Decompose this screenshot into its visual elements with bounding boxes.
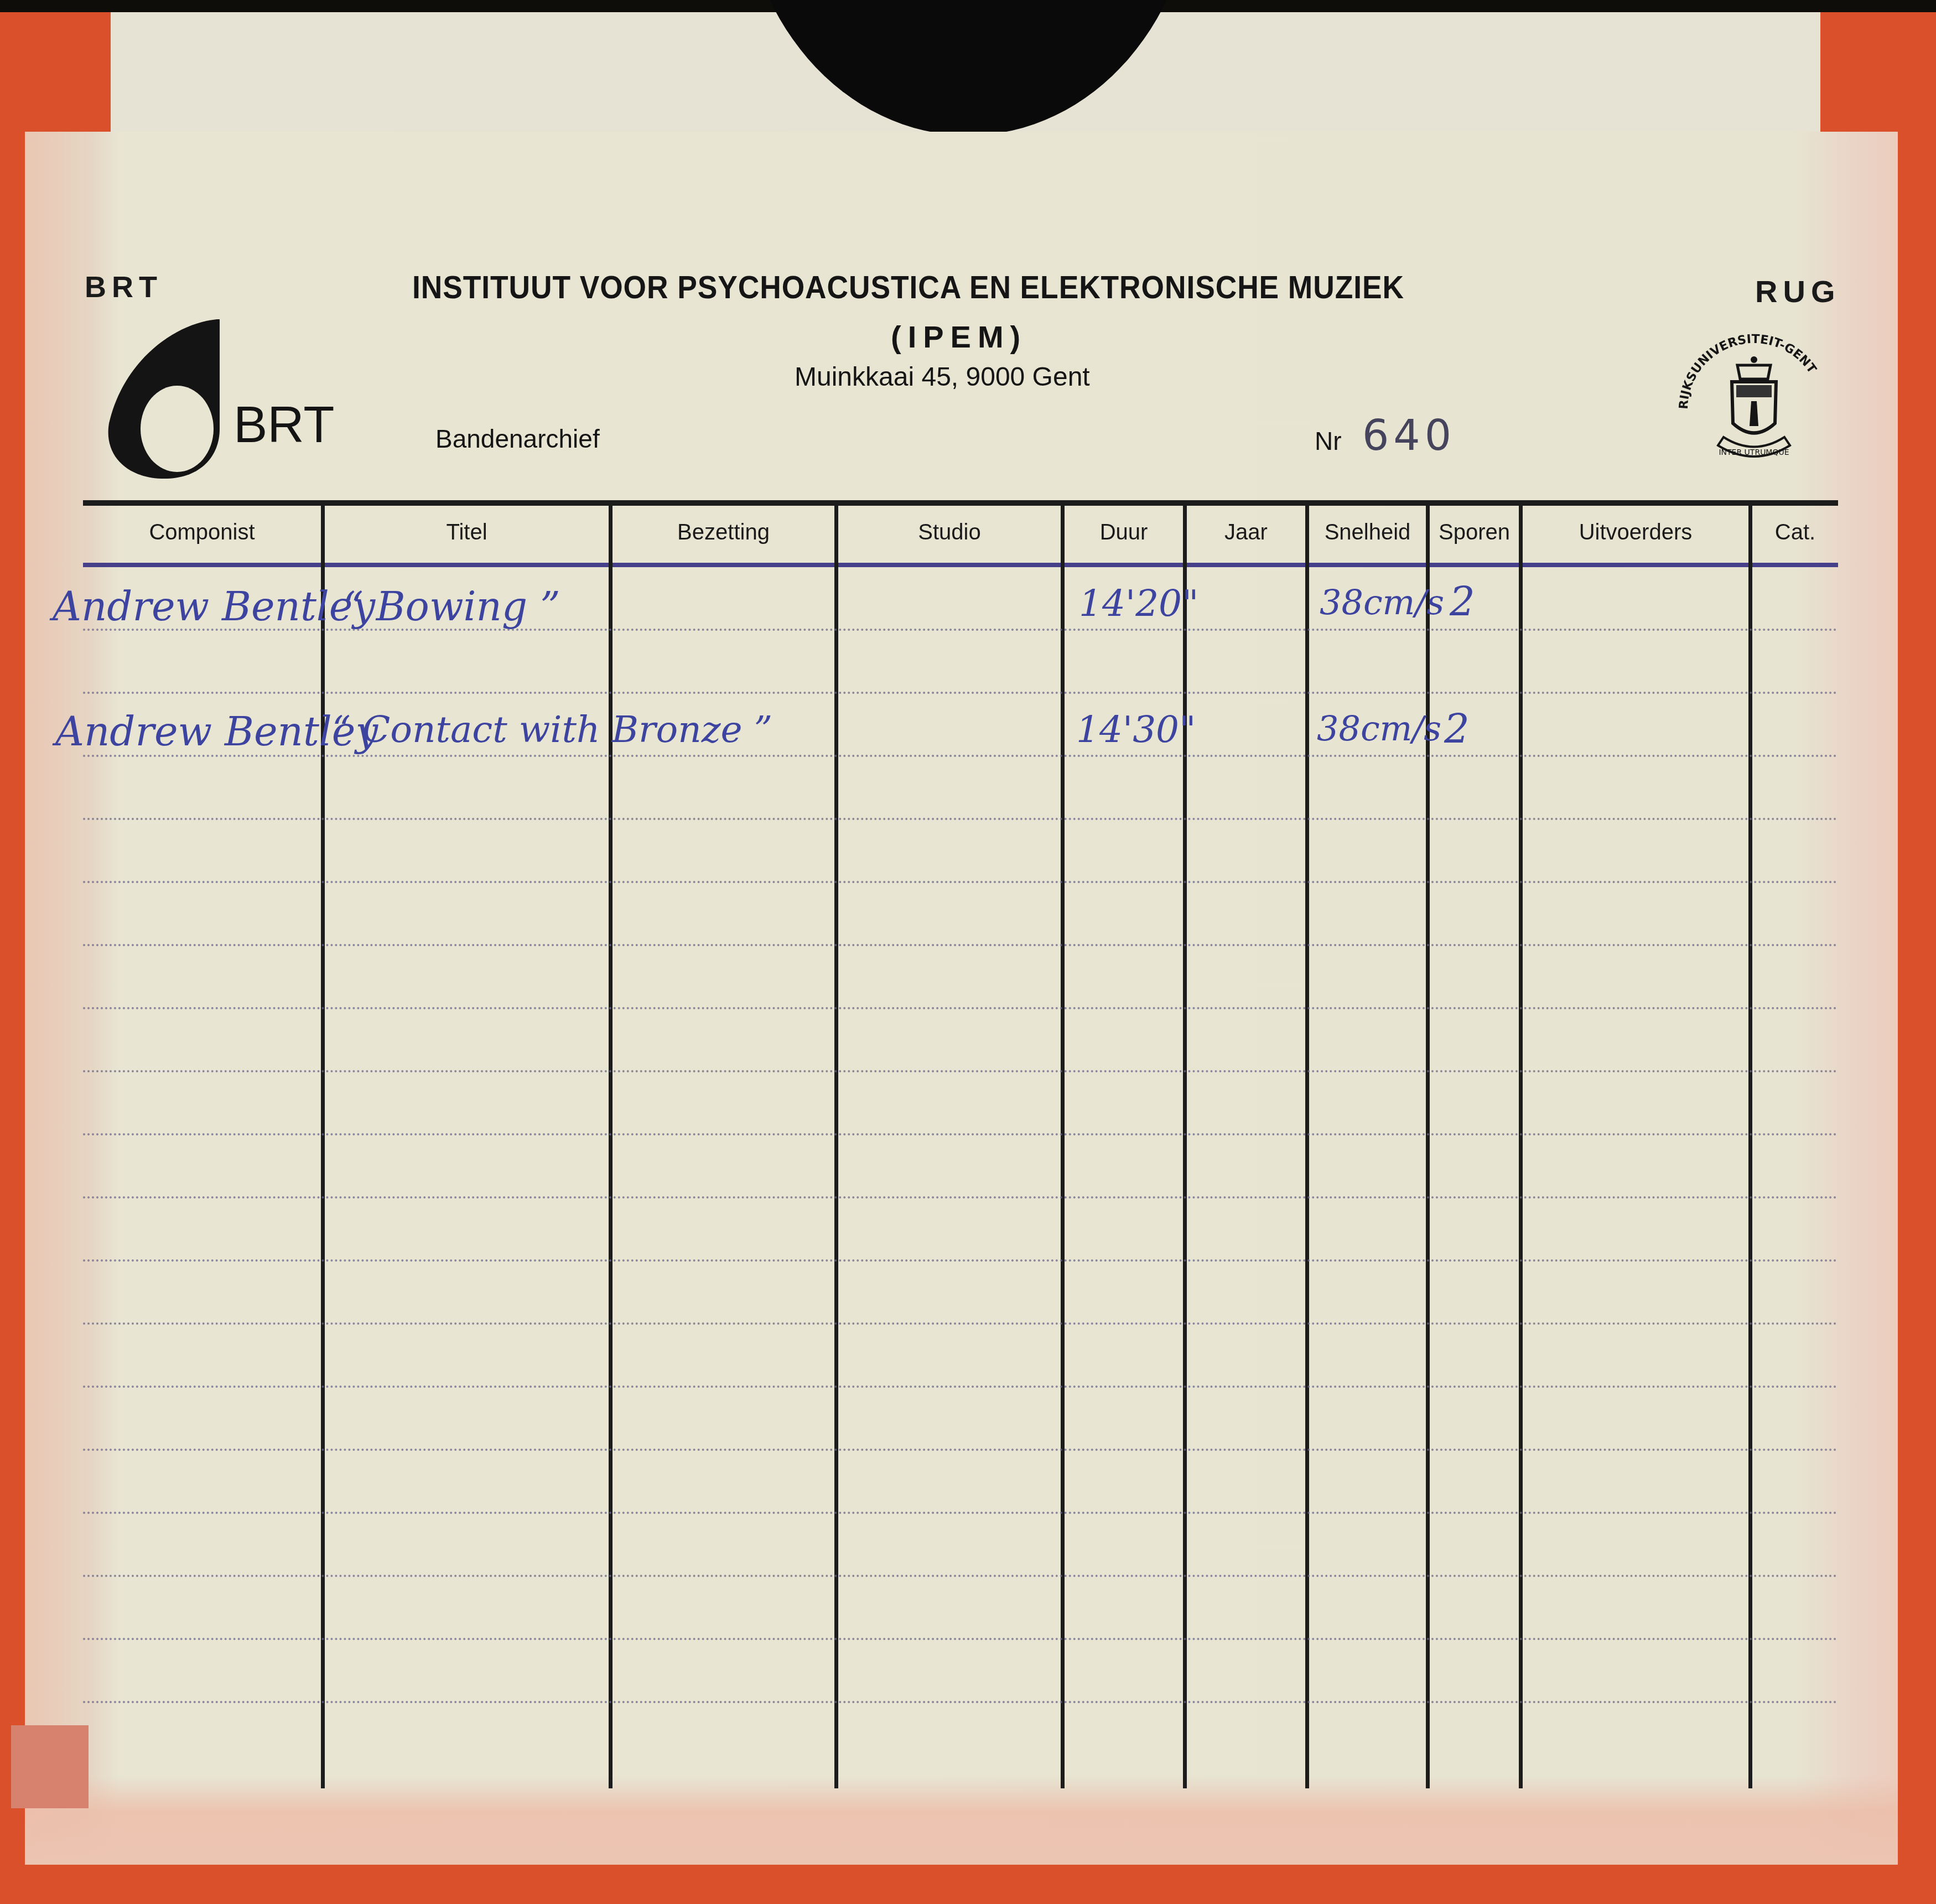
rug-label: RUG — [1755, 273, 1840, 309]
number-label: Nr — [1315, 426, 1342, 456]
cell-duur: 14'30" — [1076, 708, 1196, 751]
brt-label: BRT — [85, 270, 163, 304]
cell-sporen: 2 — [1444, 706, 1470, 753]
row-rule — [83, 1701, 1838, 1703]
cell-titel: “ Bowing ” — [343, 583, 560, 630]
column-header-studio: Studio — [838, 520, 1061, 545]
column-divider — [1748, 504, 1752, 1788]
column-header-bezetting: Bezetting — [613, 520, 834, 545]
row-rule — [83, 1070, 1838, 1072]
row-rule — [83, 1512, 1838, 1514]
label-sticker — [11, 1725, 89, 1808]
cell-snelheid: 38cm/s — [1317, 708, 1441, 749]
cell-duur: 14'20" — [1079, 582, 1198, 625]
column-divider — [1183, 504, 1187, 1788]
row-rule — [83, 818, 1838, 820]
cell-componist: Andrew Bentley — [55, 708, 378, 755]
column-divider — [1305, 504, 1309, 1788]
row-rule — [83, 692, 1838, 694]
cell-snelheid: 38cm/s — [1320, 582, 1444, 622]
column-divider — [834, 504, 838, 1788]
column-divider — [1426, 504, 1430, 1788]
row-rule — [83, 1196, 1838, 1199]
row-rule — [83, 1449, 1838, 1451]
cell-sporen: 2 — [1450, 579, 1475, 625]
column-divider — [609, 504, 613, 1788]
column-header-titel: Titel — [325, 520, 609, 545]
institute-acronym: (IPEM) — [891, 319, 1027, 355]
brt-logo-icon — [106, 318, 228, 480]
row-rule — [83, 755, 1838, 757]
archive-label: Bandenarchief — [435, 424, 600, 454]
institute-address: Muinkkaai 45, 9000 Gent — [795, 362, 1090, 392]
institute-title: INSTITUUT VOOR PSYCHOACUSTICA EN ELEKTRO… — [412, 269, 1430, 306]
row-rule — [83, 1638, 1838, 1640]
column-header-duur: Duur — [1065, 520, 1183, 545]
column-header-snelheid: Snelheid — [1309, 520, 1426, 545]
card-stain — [25, 1776, 1898, 1865]
table-top-rule — [83, 500, 1838, 506]
row-rule — [83, 1322, 1838, 1325]
tape-contents-table: Componist Titel Bezetting Studio Duur Ja… — [83, 500, 1838, 1789]
column-divider — [321, 504, 325, 1788]
row-rule — [83, 1133, 1838, 1135]
table-header-rule — [83, 563, 1838, 567]
number-value: 640 — [1362, 411, 1456, 460]
column-header-uitvoerders: Uitvoerders — [1523, 520, 1748, 545]
row-rule — [83, 1007, 1838, 1009]
row-rule — [83, 1259, 1838, 1262]
column-header-componist: Componist — [83, 520, 321, 545]
row-rule — [83, 944, 1838, 946]
seal-motto: INTER UTRUMQUE — [1719, 448, 1789, 457]
row-rule — [83, 1386, 1838, 1388]
brt-logo-text: BRT — [233, 396, 334, 454]
cell-titel: “ Contact with Bronze ” — [332, 708, 772, 751]
university-seal-icon: RIJKSUNIVERSITEIT-GENT INTER UTRUMQUE — [1671, 326, 1837, 470]
seal-text: RIJKSUNIVERSITEIT-GENT — [1677, 333, 1819, 410]
column-divider — [1061, 504, 1065, 1788]
column-divider — [1519, 504, 1523, 1788]
row-rule — [83, 881, 1838, 883]
column-header-sporen: Sporen — [1430, 520, 1519, 545]
row-rule — [83, 1575, 1838, 1577]
svg-text:RIJKSUNIVERSITEIT-GENT: RIJKSUNIVERSITEIT-GENT — [1677, 333, 1819, 410]
column-header-jaar: Jaar — [1187, 520, 1305, 545]
column-header-cat: Cat. — [1752, 520, 1838, 545]
cell-componist: Andrew Bentley — [53, 583, 375, 630]
